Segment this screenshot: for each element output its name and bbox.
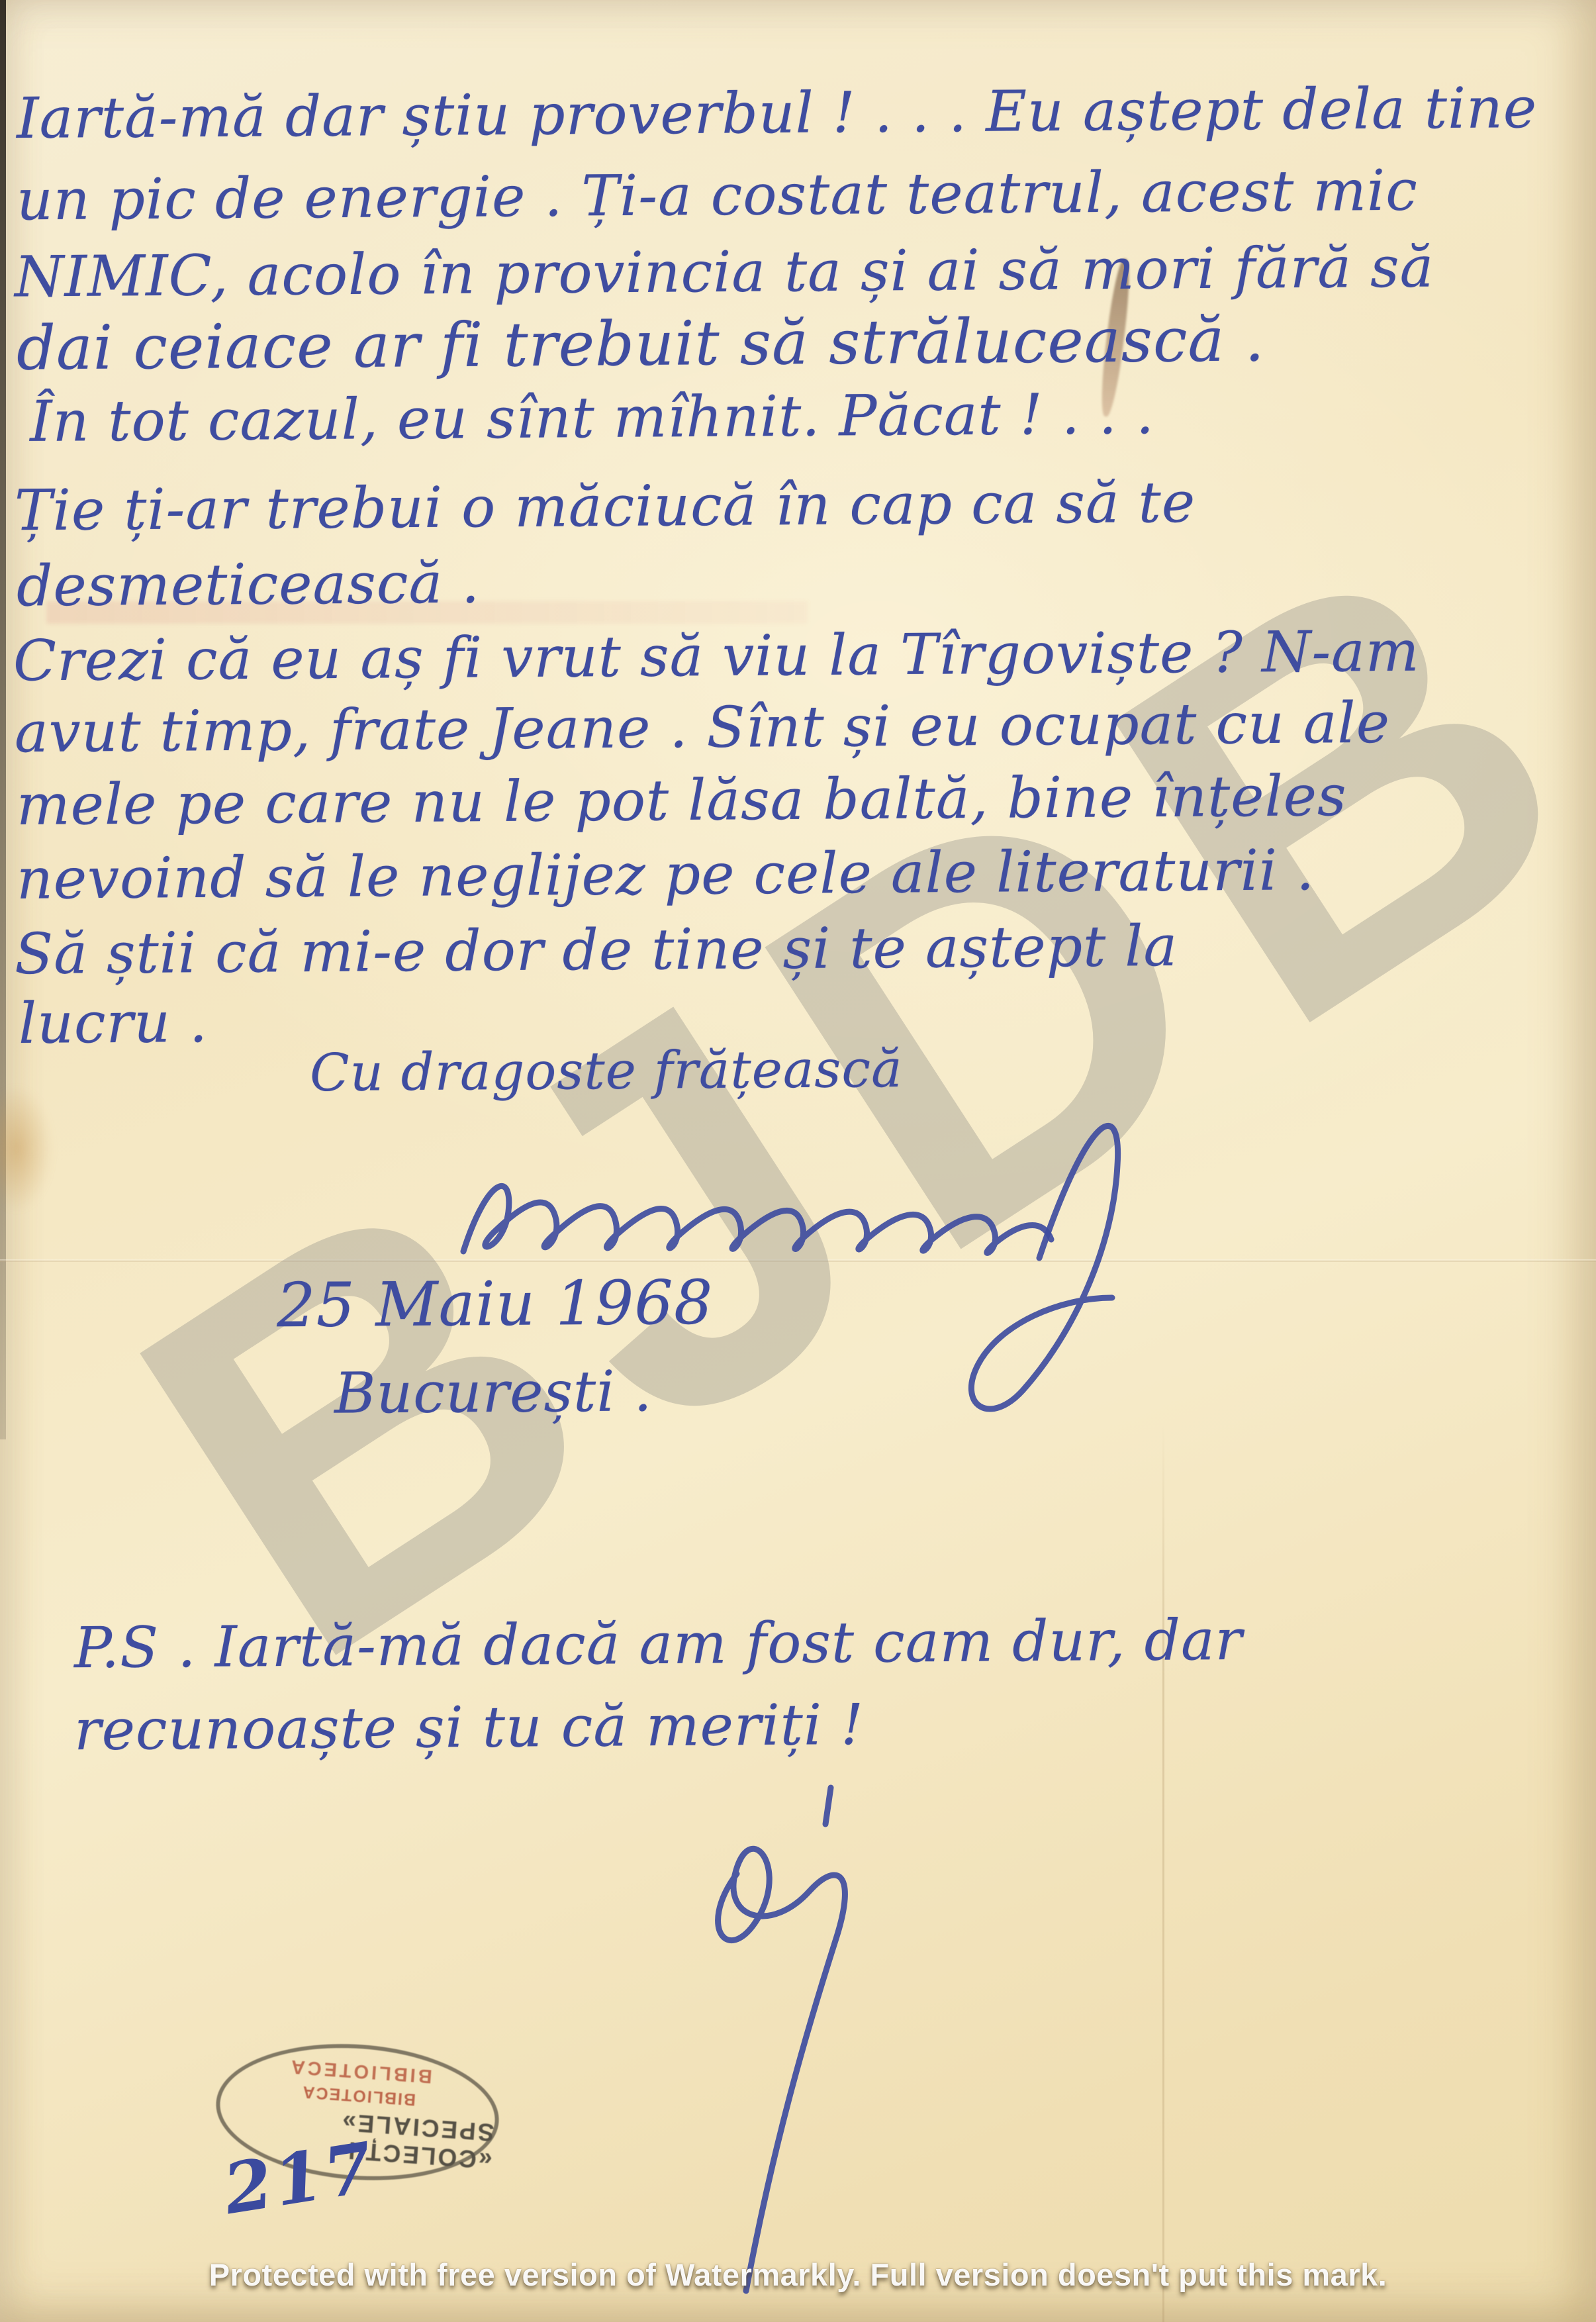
- handwritten-line: nevoind să le neglijez pe cele ale liter…: [17, 842, 1315, 909]
- paper-stain: [0, 1086, 53, 1212]
- handwritten-line: dai ceiace ar fi trebuit să strălucească…: [17, 308, 1265, 380]
- handwritten-line: Să știi că mi-e dor de tine și te aștept…: [15, 918, 1178, 985]
- date-line: 25 Maiu 1968: [277, 1271, 714, 1337]
- scanned-letter-page: BJDB Iartă-mă dar știu proverbul ! . . .…: [0, 0, 1596, 2322]
- ps-line: P.S . Iartă-mă dacă am fost cam dur, dar: [74, 1612, 1243, 1678]
- handwritten-line: lucru .: [19, 994, 209, 1053]
- footer-watermark-text: Protected with free version of Watermark…: [0, 2256, 1596, 2293]
- handwritten-line: NIMIC, acolo în provincia ta și ai să mo…: [15, 239, 1434, 307]
- accession-number: 217: [219, 2133, 380, 2225]
- handwritten-line: Ție ți-ar trebui o măciucă în cap ca să …: [15, 474, 1196, 541]
- ps-line: recunoaște și tu că meriți !: [74, 1696, 865, 1761]
- handwritten-line: avut timp, frate Jeane . Sînt și eu ocup…: [15, 695, 1391, 763]
- handwritten-line: Iartă-mă dar știu proverbul ! . . . Eu a…: [17, 79, 1538, 148]
- handwritten-line: mele pe care nu le pot lăsa baltă, bine …: [17, 767, 1347, 835]
- handwritten-line: În tot cazul, eu sînt mîhnit. Păcat ! . …: [30, 385, 1155, 452]
- handwritten-line: un pic de energie . Ți-a costat teatrul,…: [17, 162, 1418, 230]
- stamp-text: BIBLIOTECA: [301, 2082, 416, 2109]
- vertical-fold-crease: [1162, 1424, 1164, 2322]
- scanner-edge-shadow: [0, 0, 6, 1439]
- handwritten-line: Crezi că eu aș fi vrut să viu la Tîrgovi…: [13, 623, 1420, 691]
- handwritten-line: desmeticească .: [17, 555, 481, 616]
- place-line: București .: [334, 1363, 653, 1424]
- ps-signature-scrawl: [632, 1761, 963, 2317]
